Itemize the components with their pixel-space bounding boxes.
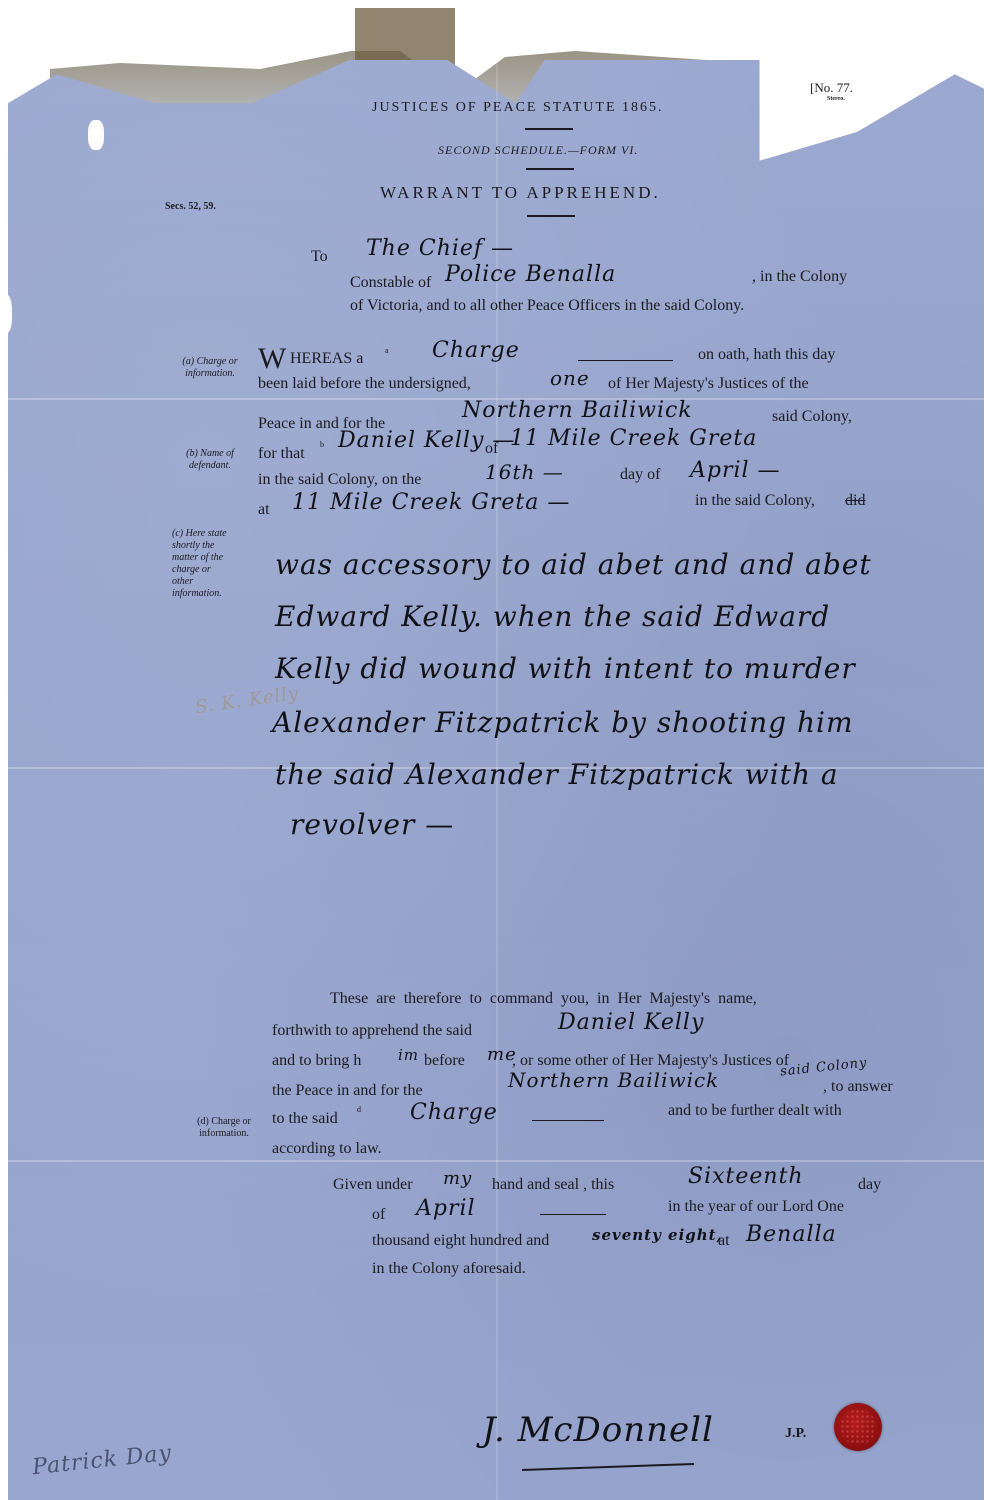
issue-year-handwritten: seventy eight, bbox=[592, 1226, 723, 1244]
my-handwritten: my bbox=[443, 1168, 472, 1189]
thousand-text: thousand eight hundred and bbox=[372, 1232, 549, 1250]
bailiwick-handwritten: Northern Bailiwick bbox=[462, 398, 693, 423]
offence-place-handwritten: 11 Mile Creek Greta — bbox=[292, 490, 570, 515]
footnote-d: d bbox=[357, 1105, 361, 1114]
charge-type-handwritten: Charge bbox=[410, 1100, 498, 1125]
bailiwick-handwritten: Northern Bailiwick bbox=[508, 1068, 719, 1092]
footnote-a: a bbox=[385, 346, 389, 355]
residence-handwritten: 11 Mile Creek Greta bbox=[510, 426, 757, 451]
command-line4: the Peace in and for the bbox=[272, 1082, 423, 1100]
whereas-line1-end: on oath, hath this day bbox=[698, 346, 835, 364]
command-line1: These are therefore to command you, in H… bbox=[330, 990, 757, 1008]
charge-line: Edward Kelly. when the said Edward bbox=[275, 600, 830, 633]
year-text: in the year of our Lord One bbox=[668, 1198, 844, 1216]
whereas-line2-end: of Her Majesty's Justices of the bbox=[608, 375, 809, 393]
charge-line: the said Alexander Fitzpatrick with a bbox=[275, 758, 839, 791]
sections-reference: Secs. 52, 59. bbox=[165, 201, 216, 212]
command-line5-end: and to be further dealt with bbox=[668, 1102, 842, 1120]
fill-line bbox=[540, 1214, 606, 1215]
constable-label: Constable of bbox=[350, 274, 431, 292]
before-label: before bbox=[424, 1052, 465, 1070]
command-line5: to the said bbox=[272, 1110, 338, 1128]
day-of-label: day of bbox=[620, 466, 660, 484]
jp-title: J.P. bbox=[785, 1426, 806, 1442]
of-label: of bbox=[372, 1206, 385, 1224]
day-label: day bbox=[858, 1176, 881, 1194]
at-label: at bbox=[258, 501, 270, 519]
whereas-line2: been laid before the undersigned, bbox=[258, 375, 471, 393]
to-label: To bbox=[311, 248, 328, 266]
charge-line: revolver — bbox=[290, 808, 454, 841]
fill-line bbox=[578, 360, 673, 361]
colony-text: , in the Colony bbox=[752, 268, 847, 286]
divider bbox=[527, 215, 575, 217]
given-under-label: Given under bbox=[333, 1176, 413, 1194]
issue-month-handwritten: April bbox=[416, 1196, 476, 1221]
margin-note-a: (a) Charge or information. bbox=[170, 356, 250, 380]
pronoun-handwritten: im bbox=[398, 1046, 419, 1064]
margin-note-d: (d) Charge or information. bbox=[184, 1116, 264, 1140]
divider bbox=[526, 168, 574, 170]
paper-hole bbox=[88, 120, 104, 150]
command-line4-end: , to answer bbox=[823, 1078, 893, 1096]
command-line6: according to law. bbox=[272, 1140, 382, 1158]
victoria-line: of Victoria, and to all other Peace Offi… bbox=[350, 297, 744, 315]
whereas-line4: for that bbox=[258, 445, 305, 463]
page-title: WARRANT TO APPREHEND. bbox=[380, 183, 661, 203]
fill-line bbox=[532, 1120, 604, 1121]
offence-month-handwritten: April — bbox=[690, 458, 781, 483]
statute-title: JUSTICES OF PEACE STATUTE 1865. bbox=[372, 100, 664, 116]
fold-line bbox=[8, 1160, 992, 1162]
justice-signature: J. McDonnell bbox=[482, 1410, 714, 1450]
police-station-handwritten: Police Benalla bbox=[445, 262, 616, 287]
command-line3: and to bring h bbox=[272, 1052, 361, 1070]
defendant-name-handwritten: Daniel Kelly bbox=[558, 1010, 704, 1035]
issue-place-handwritten: Benalla bbox=[746, 1222, 837, 1247]
paper-hole bbox=[0, 295, 12, 333]
at-label: at bbox=[718, 1232, 730, 1250]
drop-cap: W bbox=[258, 342, 286, 376]
addressee-handwritten: The Chief — bbox=[366, 236, 514, 261]
whereas-line6-end: in the said Colony, bbox=[695, 492, 815, 510]
margin-note-b: (b) Name of defendant. bbox=[170, 448, 250, 472]
whereas-line3-end: said Colony, bbox=[772, 408, 852, 426]
offence-day-handwritten: 16th — bbox=[485, 460, 564, 484]
command-line2: forthwith to apprehend the said bbox=[272, 1022, 472, 1040]
wax-seal bbox=[834, 1403, 882, 1451]
colony-aforesaid: in the Colony aforesaid. bbox=[372, 1260, 526, 1278]
charge-line: Kelly did wound with intent to murder bbox=[275, 652, 856, 685]
justice-count-handwritten: one bbox=[550, 366, 590, 390]
whereas-text: HEREAS a bbox=[290, 350, 363, 368]
struck-word: did bbox=[845, 492, 865, 510]
divider bbox=[525, 128, 573, 130]
stereo-label: Stereo. bbox=[827, 96, 845, 102]
issue-day-handwritten: Sixteenth bbox=[688, 1164, 804, 1189]
footnote-b: b bbox=[320, 440, 324, 449]
whereas-line5: in the said Colony, on the bbox=[258, 471, 421, 489]
charge-line: was accessory to aid abet and and abet bbox=[275, 548, 872, 581]
form-number: [No. 77. bbox=[810, 80, 853, 96]
charge-line: Alexander Fitzpatrick by shooting him bbox=[272, 706, 854, 739]
schedule-title: SECOND SCHEDULE.—FORM VI. bbox=[438, 143, 638, 158]
margin-note-c: (c) Here state shortly the matter of the… bbox=[172, 528, 230, 600]
charge-type-handwritten: Charge bbox=[432, 338, 520, 363]
of-label: of bbox=[485, 440, 498, 458]
hand-and-seal-label: hand and seal , this bbox=[492, 1176, 614, 1194]
